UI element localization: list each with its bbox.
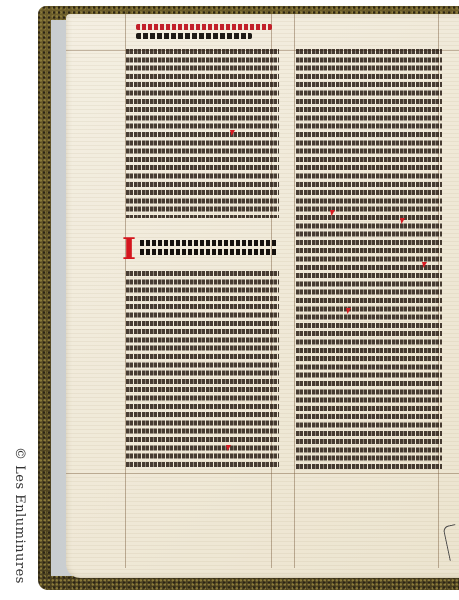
ruling-line-col-b-left <box>294 14 295 568</box>
ruling-line-bottom <box>66 473 459 474</box>
rubric-heading-line <box>136 24 272 30</box>
black-heading-line <box>136 33 252 39</box>
text-column-left-upper <box>126 48 279 218</box>
copyright-watermark: © Les Enluminures <box>4 440 34 590</box>
incipit-display-script <box>140 240 278 258</box>
running-head <box>136 24 286 42</box>
text-column-left-lower <box>126 270 279 470</box>
watermark-text: © Les Enluminures <box>12 447 27 584</box>
red-initial: I <box>118 236 140 264</box>
text-column-right <box>296 48 442 472</box>
